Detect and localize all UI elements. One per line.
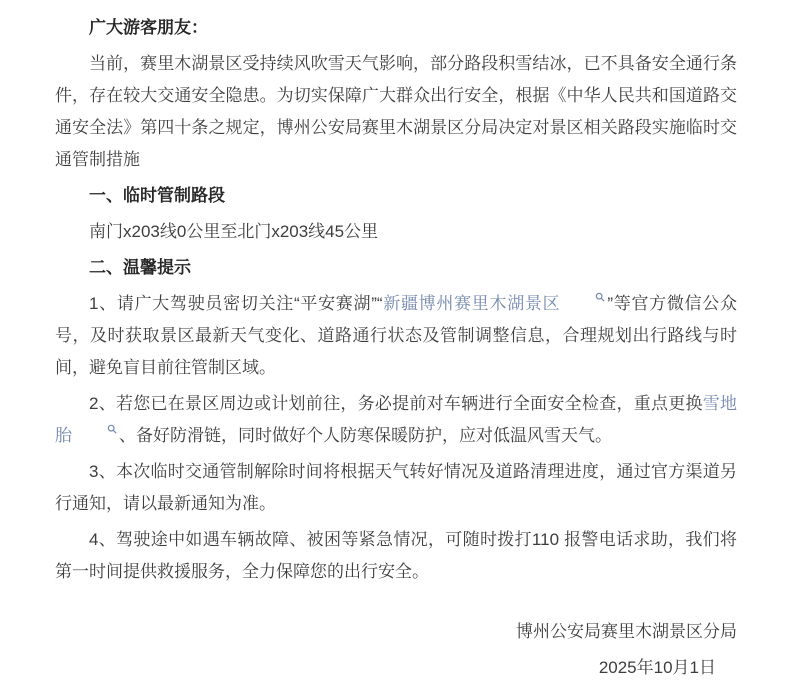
tip-item-2: 2、若您已在景区周边或计划前往，务必提前对车辆进行全面安全检查，重点更换雪地胎、…	[55, 388, 737, 452]
tip-item-1: 1、请广大驾驶员密切关注“平安赛湖”“新疆博州赛里木湖景区”等官方微信公众号，及…	[55, 288, 737, 384]
search-icon[interactable]	[73, 424, 117, 434]
tip2-text-suffix: 、备好防滑链，同时做好个人防寒保暖防护，应对低温风雪天气。	[119, 426, 612, 445]
section-heading-tips: 二、温馨提示	[55, 252, 737, 284]
tip2-text: 2、若您已在景区周边或计划前往，务必提前对车辆进行全面安全检查，重点更换	[89, 394, 703, 413]
intro-paragraph: 当前，赛里木湖景区受持续风吹雪天气影响，部分路段积雪结冰，已不具备安全通行条件，…	[55, 48, 737, 176]
signature-block: 博州公安局赛里木湖景区分局 2025年10月1日	[55, 616, 737, 684]
control-road-segment: 南门x203线0公里至北门x203线45公里	[55, 216, 737, 248]
tip1-text: 1、请广大驾驶员密切关注“平安赛湖”“	[89, 294, 383, 313]
tip-item-4: 4、驾驶途中如遇车辆故障、被困等紧急情况，可随时拨打110 报警电话求助，我们将…	[55, 524, 737, 588]
section-heading-control: 一、临时管制路段	[55, 180, 737, 212]
salutation: 广大游客朋友：	[55, 12, 737, 44]
notice-document: 广大游客朋友： 当前，赛里木湖景区受持续风吹雪天气影响，部分路段积雪结冰，已不具…	[0, 0, 785, 689]
issuing-authority: 博州公安局赛里木湖景区分局	[55, 616, 737, 648]
tip-item-3: 3、本次临时交通管制解除时间将根据天气转好情况及道路清理进度，通过官方渠道另行通…	[55, 456, 737, 520]
issue-date: 2025年10月1日	[55, 652, 737, 684]
search-icon[interactable]	[561, 292, 605, 302]
entity-link-scenic-area[interactable]: 新疆博州赛里木湖景区	[383, 294, 561, 313]
